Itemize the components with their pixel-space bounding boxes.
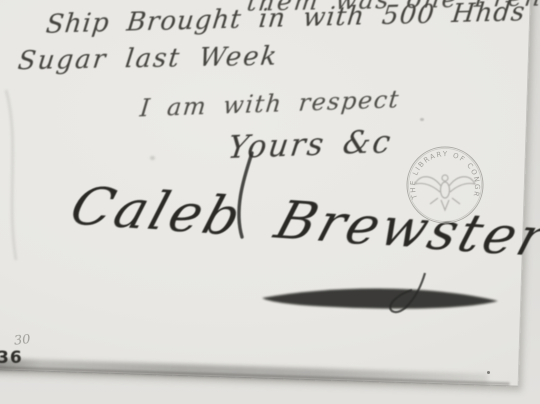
- left-edge-smudge: [0, 80, 30, 270]
- stamped-page-number: 36: [0, 348, 23, 368]
- handwriting-layer: them was one French Ship Brought in with…: [0, 0, 540, 404]
- ink-speck: [487, 371, 490, 374]
- paper-speck: [420, 118, 424, 121]
- letter-line-3: Sugar last Week: [16, 44, 280, 75]
- paper-speck: [150, 156, 155, 160]
- library-of-congress-seal: THE LIBRARY OF CONGRESS: [401, 141, 489, 229]
- eagle-icon: [415, 175, 475, 210]
- document-scan: them was one French Ship Brought in with…: [0, 0, 540, 404]
- letter-line-2: Ship Brought in with 500 Hhds of: [45, 0, 540, 38]
- closing-respect: I am with respect: [139, 87, 401, 120]
- signature-flourish: [230, 255, 540, 325]
- pencil-page-number: 30: [13, 332, 31, 349]
